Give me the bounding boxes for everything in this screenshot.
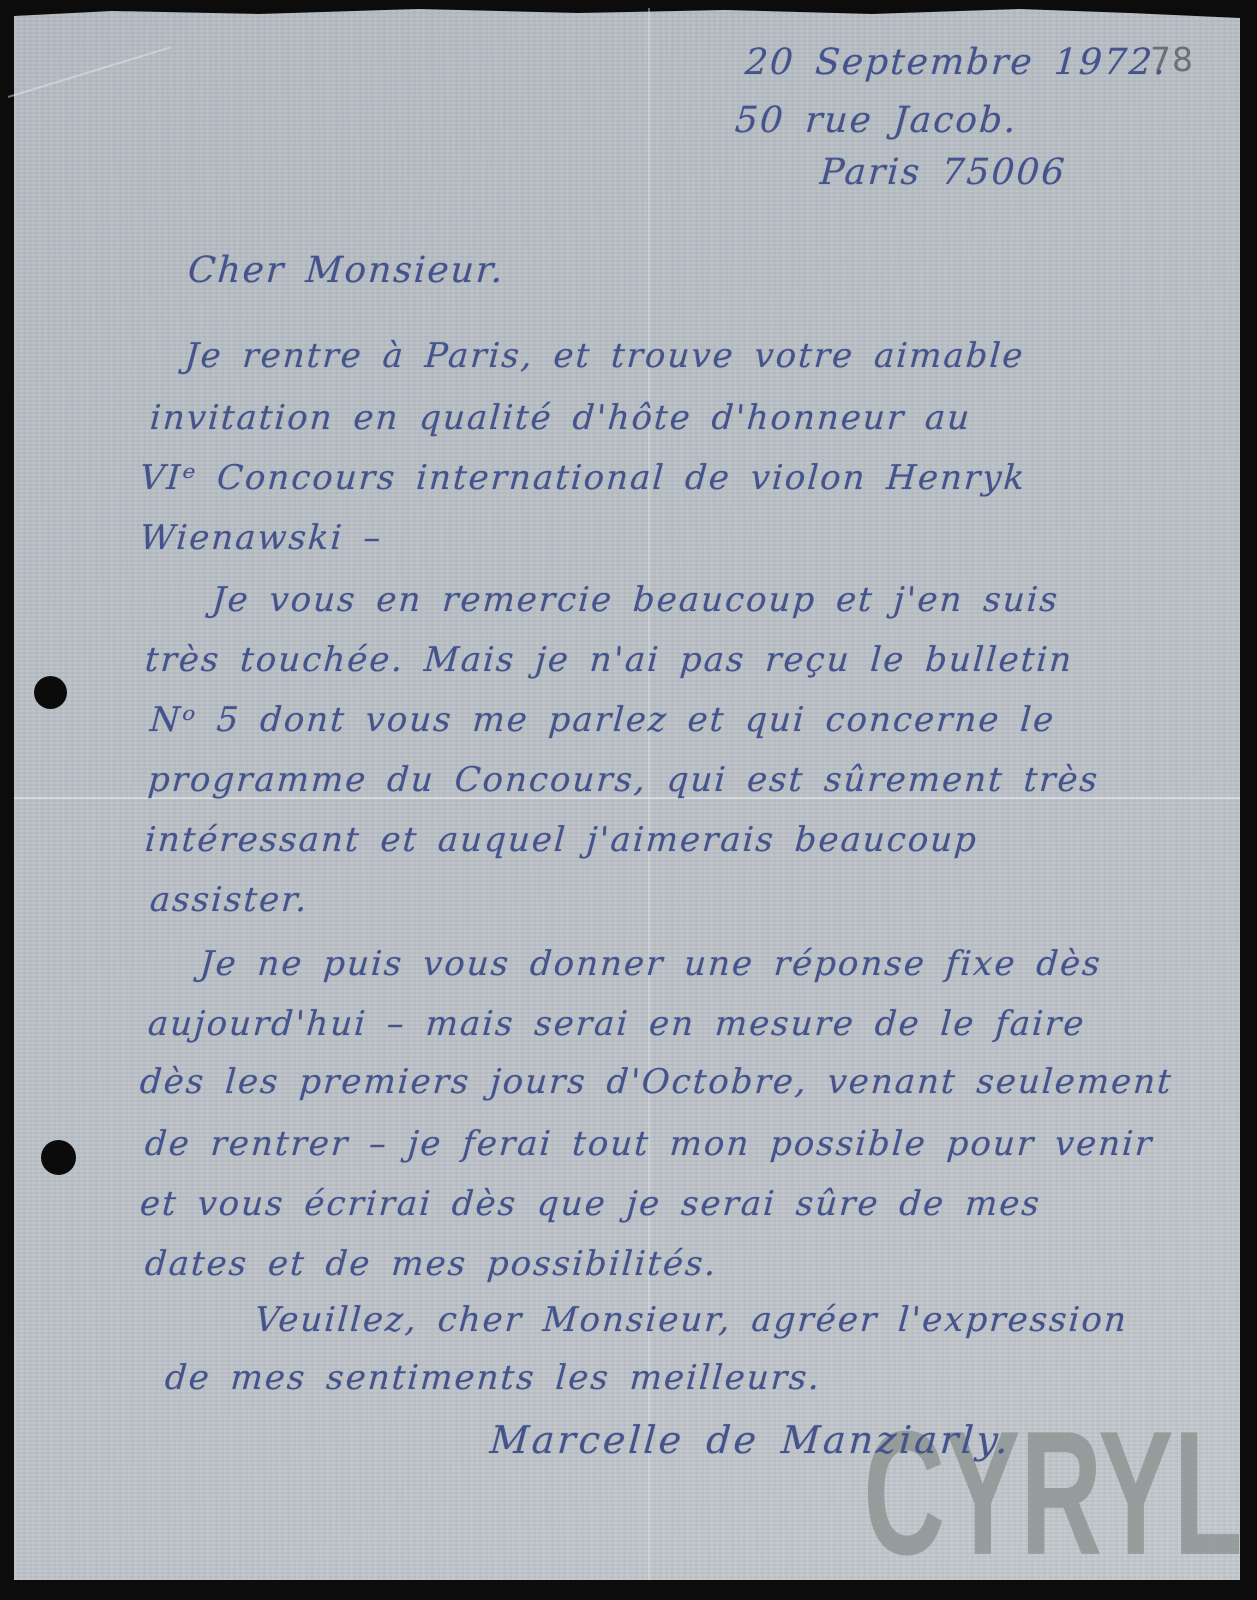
handwritten-line: Nᵒ 5 dont vous me parlez et qui concerne…: [149, 700, 1057, 740]
signature: Marcelle de Manziarly.: [488, 1418, 1012, 1462]
handwritten-line: assister.: [149, 880, 310, 920]
handwritten-line: invitation en qualité d'hôte d'honneur a…: [149, 398, 973, 438]
handwritten-line: VIᵉ Concours international de violon Hen…: [139, 458, 1028, 498]
hole-punch: [34, 676, 67, 709]
handwritten-line: très touchée. Mais je n'ai pas reçu le b…: [144, 640, 1075, 680]
handwritten-line: dates et de mes possibilités.: [144, 1244, 719, 1284]
handwritten-line: et vous écrirai dès que je serai sûre de…: [139, 1184, 1043, 1224]
handwritten-line: dès les premiers jours d'Octobre, venant…: [139, 1062, 1175, 1102]
handwritten-line: Wienawski –: [139, 518, 384, 558]
handwritten-line: Je rentre à Paris, et trouve votre aimab…: [184, 336, 1026, 376]
address-line-2: Paris 75006: [819, 152, 1068, 193]
closing-line: de mes sentiments les meilleurs.: [164, 1358, 823, 1398]
handwritten-line: programme du Concours, qui est sûrement …: [147, 760, 1101, 800]
scanned-letter-page: CYRYL 78 20 Septembre 1972. 50 rue Jacob…: [0, 0, 1257, 1600]
date-line: 20 Septembre 1972.: [744, 42, 1169, 83]
handwritten-line: intéressant et auquel j'aimerais beaucou…: [144, 820, 980, 860]
handwritten-line: aujourd'hui – mais serai en mesure de le…: [147, 1004, 1087, 1044]
handwritten-line: Je vous en remercie beaucoup et j'en sui…: [211, 580, 1061, 620]
salutation: Cher Monsieur.: [187, 250, 506, 291]
address-line-1: 50 rue Jacob.: [734, 100, 1019, 141]
closing-line: Veuillez, cher Monsieur, agréer l'expres…: [254, 1300, 1130, 1340]
hole-punch: [41, 1140, 76, 1175]
handwritten-line: Je ne puis vous donner une réponse fixe …: [199, 944, 1104, 984]
handwritten-line: de rentrer – je ferai tout mon possible …: [144, 1124, 1155, 1164]
